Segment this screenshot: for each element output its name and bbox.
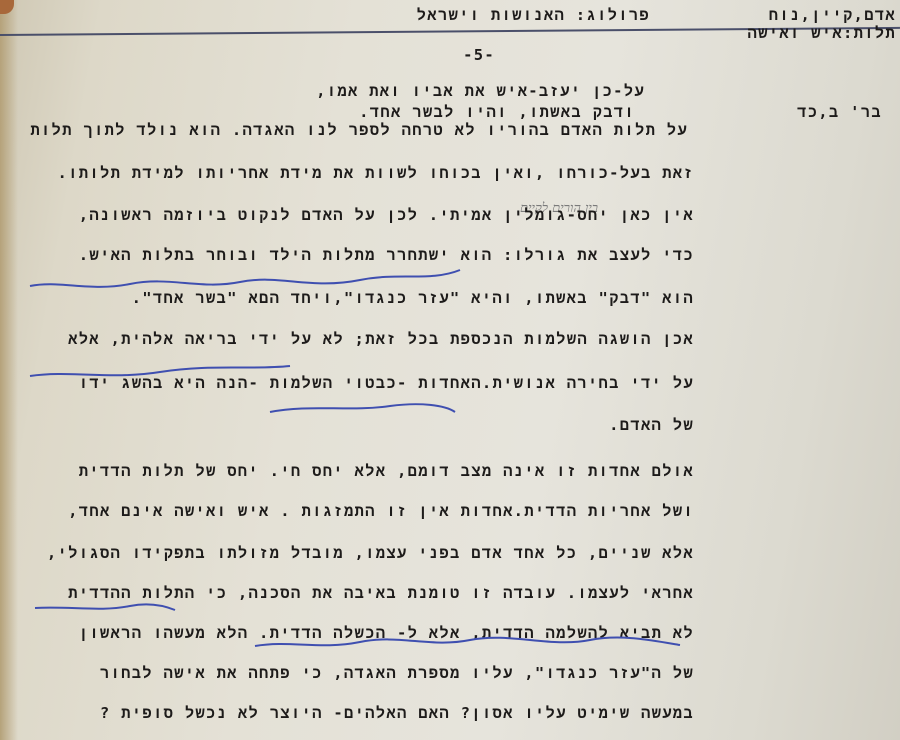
body-line: אכן הושגה השלמות הנכספת בכל זאת; לא על י…: [68, 330, 694, 349]
body-line: ושל אחריות הדדית.אחדות אין זו התמזגות . …: [68, 502, 694, 521]
body-line: אין כאן יחס-גומלין אמיתי. לכן על האדם לנ…: [79, 206, 694, 225]
body-line: על תלות האדם בהוריו לא טרחה לספר לנו האג…: [30, 121, 688, 140]
header-right-title: אדם,קיין,נוח: [769, 6, 896, 25]
body-line: זאת בעל-כורחו ,ואין בכוחו לשוות את מידת …: [58, 164, 694, 183]
body-line: של האדם.: [609, 416, 694, 435]
epigraph-line-2: ודבק באשתו, והיו לבשר אחד.: [359, 103, 635, 122]
header-center-title: פרולוג: האנושות וישראל: [417, 6, 650, 25]
body-line: לא תביא להשלמה הדדית, אלא ל- הכשלה הדדית…: [79, 624, 694, 643]
header-subtitle: תלות:איש ואישה: [748, 24, 896, 43]
underline-4: [35, 604, 175, 610]
scan-edge-shadow: [0, 0, 18, 740]
epigraph-line-1: על-כן יעזב-איש את אביו ואת אמו,: [316, 82, 645, 101]
body-line: במעשה שימיט עליו אסון? האם האלהים- היוצר…: [100, 704, 694, 723]
body-line: על ידי בחירה אנושית.האחדות -כבטוי השלמות…: [79, 374, 694, 393]
epigraph-source: בר' ב,כד: [797, 103, 882, 122]
body-line: אולם אחדות זו אינה מצב דומם, אלא יחס חי.…: [79, 462, 694, 481]
underline-3: [270, 404, 455, 412]
body-line: הוא "דבק" באשתו, והיא "עזר כנגדו",ויחד ה…: [132, 289, 694, 308]
underline-1: [30, 270, 460, 287]
page-number: -5-: [463, 46, 495, 64]
body-line: של ה"עזר כנגדו", עליו מספרת האגדה, כי פת…: [100, 664, 694, 683]
body-line: אחראי לעצמו. עובדה זו טומנת באיבה את הסכ…: [68, 584, 694, 603]
body-line: כדי לעצב את גורלו: הוא ישתחרר מתלות הילד…: [79, 246, 694, 265]
body-line: אלא שניים, כל אחד אדם בפני עצמו, מובדל מ…: [47, 544, 694, 563]
